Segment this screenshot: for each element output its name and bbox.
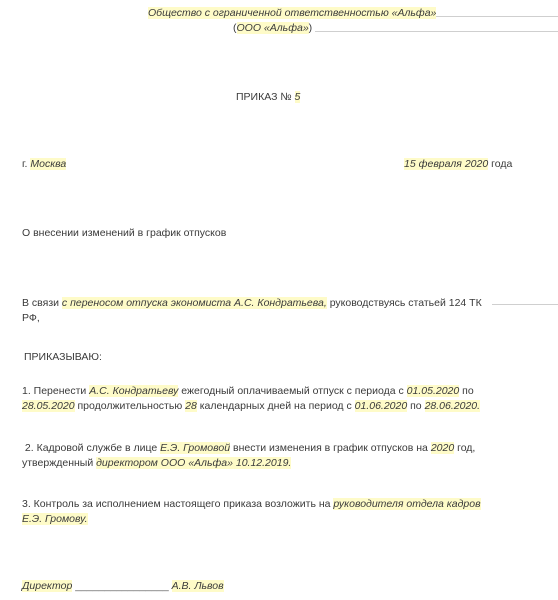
preamble: В связи с переносом отпуска экономиста А… [22,296,482,326]
signer-position: Директор [22,580,72,592]
order-item-1: 1. Перенести А.С. Кондратьеву ежегодный … [22,384,522,414]
signature-block: Директор ________________ А.В. Львов [22,580,224,592]
org-full-name: Общество с ограниченной ответственностью… [148,7,436,19]
org-name-rule [436,16,558,17]
city-line: г. Москва [22,158,66,170]
preamble-rule [492,304,558,305]
order-date: 15 февраля 2020 [404,158,488,170]
org-short-rule [315,31,558,32]
org-short-name: ООО «Альфа» [237,22,309,34]
employee-name: А.С. Кондратьеву [89,385,178,397]
approved-by: директором ООО «Альфа» 10.12.2019. [96,457,291,469]
org-short-name-line: (ООО «Альфа») [233,22,312,34]
signer-name: А.В. Львов [172,580,224,592]
order-title: ПРИКАЗ № 5 [236,91,300,103]
city: Москва [30,158,66,170]
vacation-days: 28 [185,400,197,412]
order-item-2: 2. Кадровой службе в лице Е.Э. Громовой … [22,441,502,471]
vacation-from-date: 01.05.2020 [407,385,460,397]
order-subject: О внесении изменений в график отпусков [22,227,226,239]
preamble-reason: с переносом отпуска экономиста А.С. Конд… [62,297,327,309]
new-from-date: 01.06.2020 [355,400,408,412]
new-to-date: 28.06.2020. [425,400,480,412]
date-line: 15 февраля 2020 года [404,158,512,170]
orders-heading: ПРИКАЗЫВАЮ: [24,351,102,363]
hr-person: Е.Э. Громовой [160,442,230,454]
order-number: 5 [295,91,301,103]
vacation-to-date: 28.05.2020 [22,400,75,412]
schedule-year: 2020 [431,442,454,454]
signature-line: ________________ [75,580,168,592]
order-item-3: 3. Контроль за исполнением настоящего пр… [22,497,502,527]
org-full-name-line: Общество с ограниченной ответственностью… [148,7,436,19]
